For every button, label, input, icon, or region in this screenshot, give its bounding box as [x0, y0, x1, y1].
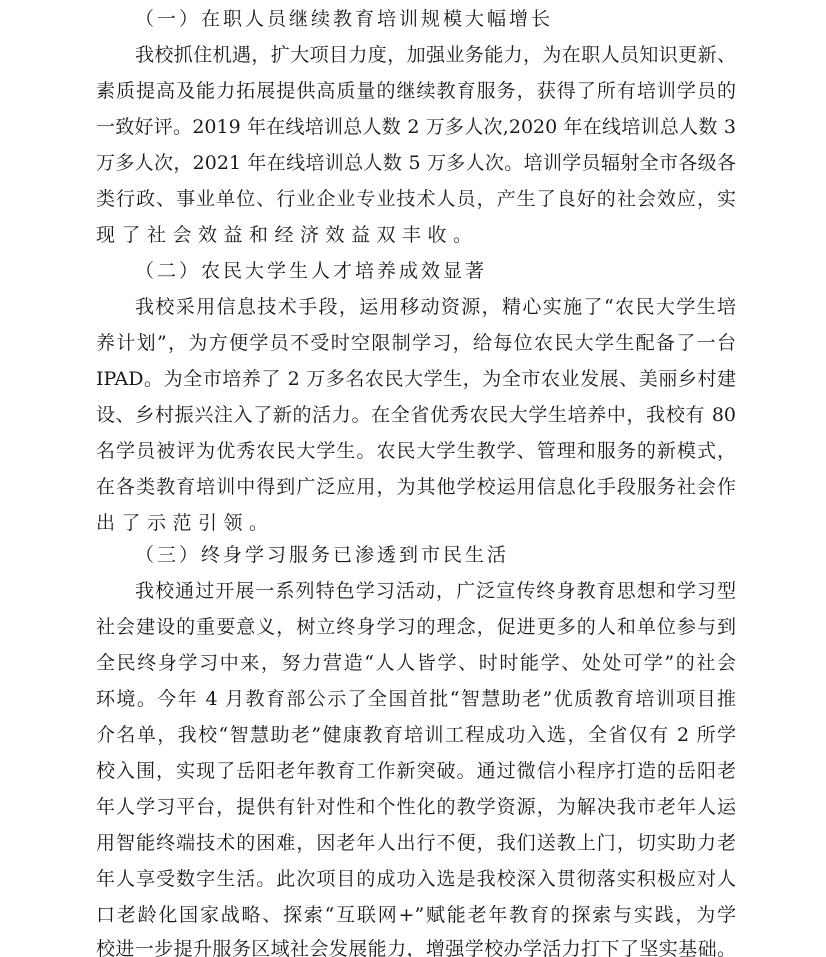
paragraph-line: 介名单，我校“智慧助老”健康教育培训工程成功入选，全省仅有 2 所学: [96, 720, 736, 750]
paragraph-line: 全民终身学习中来，努力营造“人人皆学、时时能学、处处可学”的社会: [96, 648, 736, 678]
paragraph-line: 在各类教育培训中得到广泛应用，为其他学校运用信息化手段服务社会作: [96, 472, 736, 502]
paragraph-line: IPAD。为全市培养了 2 万多名农民大学生，为全市农业发展、美丽乡村建: [96, 364, 736, 394]
section-heading: （一）在职人员继续教育培训规模大幅增长: [135, 4, 775, 34]
paragraph-line: 我校通过开展一系列特色学习活动，广泛宣传终身教育思想和学习型: [135, 576, 736, 606]
paragraph-line: 年人学习平台，提供有针对性和个性化的教学资源，为解决我市老年人运: [96, 792, 736, 822]
section-heading: （三）终身学习服务已渗透到市民生活: [135, 540, 775, 570]
paragraph-line: 用智能终端技术的困难，因老年人出行不便，我们送教上门，切实助力老: [96, 828, 736, 858]
paragraph-line: 校进一步提升服务区域社会发展能力，增强学校办学活力打下了坚实基础。: [96, 934, 736, 957]
paragraph-line: 我校采用信息技术手段，运用移动资源，精心实施了“农民大学生培: [135, 292, 736, 322]
paragraph-line: 素质提高及能力拓展提供高质量的继续教育服务，获得了所有培训学员的: [96, 76, 736, 106]
paragraph-line: 社会建设的重要意义，树立终身学习的理念，促进更多的人和单位参与到: [96, 612, 736, 642]
paragraph-line: 年人享受数字生活。此次项目的成功入选是我校深入贯彻落实积极应对人: [96, 864, 736, 894]
paragraph-line: 现了社会效益和经济效益双丰收。: [96, 220, 736, 250]
paragraph-line: 类行政、事业单位、行业企业专业技术人员，产生了良好的社会效应，实: [96, 184, 736, 214]
paragraph-line: 出了示范引领。: [96, 508, 736, 538]
paragraph-line: 我校抓住机遇，扩大项目力度，加强业务能力，为在职人员知识更新、: [135, 40, 736, 70]
paragraph-line: 名学员被评为优秀农民大学生。农民大学生教学、管理和服务的新模式，: [96, 436, 736, 466]
paragraph-line: 校入围，实现了岳阳老年教育工作新突破。通过微信小程序打造的岳阳老: [96, 756, 736, 786]
paragraph-line: 设、乡村振兴注入了新的活力。在全省优秀农民大学生培养中，我校有 80: [96, 400, 736, 430]
paragraph-line: 万多人次，2021 年在线培训总人数 5 万多人次。培训学员辐射全市各级各: [96, 148, 736, 178]
paragraph-line: 一致好评。2019 年在线培训总人数 2 万多人次,2020 年在线培训总人数 …: [96, 112, 736, 142]
section-heading: （二）农民大学生人才培养成效显著: [135, 256, 775, 286]
paragraph-line: 养计划”，为方便学员不受时空限制学习，给每位农民大学生配备了一台: [96, 328, 736, 358]
paragraph-line: 环境。今年 4 月教育部公示了全国首批“智慧助老”优质教育培训项目推: [96, 684, 736, 714]
paragraph-line: 口老龄化国家战略、探索“互联网+”赋能老年教育的探索与实践，为学: [96, 900, 736, 930]
